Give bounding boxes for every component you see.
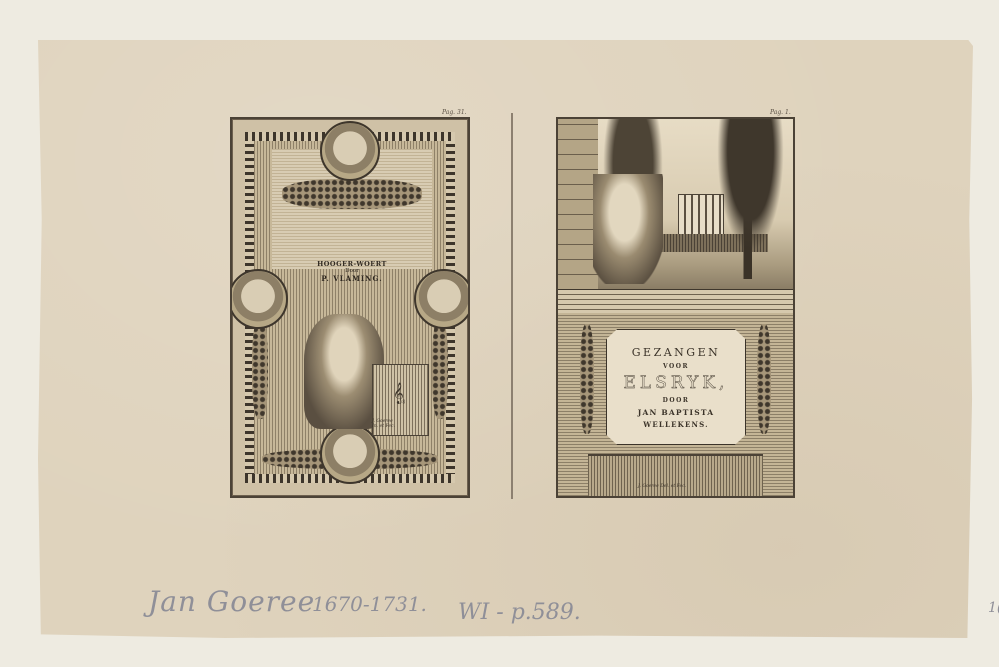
left-page-reference: Pag. 31. bbox=[442, 109, 467, 116]
cartouche-line-6: WELLEKENS. bbox=[643, 420, 708, 429]
seated-shepherd-figure bbox=[593, 174, 663, 284]
signature-line-2: In. et Fec. bbox=[372, 424, 395, 429]
right-tree bbox=[708, 119, 793, 279]
monument-cornice bbox=[558, 289, 793, 314]
right-garland bbox=[432, 319, 448, 419]
right-medallion bbox=[414, 269, 470, 329]
pencil-edge-mark: 1( bbox=[988, 600, 999, 616]
stone-wall bbox=[558, 119, 598, 289]
landscape-scene bbox=[558, 119, 793, 302]
left-garland bbox=[252, 319, 268, 419]
pencil-catalog-reference: WI - p.589. bbox=[458, 600, 581, 625]
right-signature: J. Goeree Del. et Fec. bbox=[638, 484, 686, 489]
right-engraving-plate: GEZANGEN VOOR ELSRYK, DOOR JAN BAPTISTA … bbox=[556, 117, 795, 498]
title-line-1: HOOGER-WOERT bbox=[292, 261, 412, 268]
left-medallion bbox=[230, 269, 288, 329]
left-signature: J. Goeree In. et Fec. bbox=[372, 419, 395, 430]
top-medallion bbox=[320, 121, 380, 181]
right-page-reference: Pag. 1. bbox=[770, 109, 791, 116]
left-hanging-garland bbox=[580, 324, 594, 434]
title-line-3: P. VLAMING. bbox=[292, 275, 412, 283]
title-cartouche: GEZANGEN VOOR ELSRYK, DOOR JAN BAPTISTA … bbox=[606, 329, 746, 445]
bottom-medallion bbox=[320, 424, 380, 484]
monument-plinth bbox=[588, 454, 763, 498]
pencil-artist-name: Jan Goeree bbox=[148, 585, 315, 618]
cartouche-line-1: GEZANGEN bbox=[632, 346, 720, 359]
cartouche-line-2: VOOR bbox=[663, 363, 689, 370]
center-fold-line bbox=[511, 113, 513, 499]
print-sheet bbox=[38, 40, 973, 638]
left-engraving-plate: HOOGER-WOERT Door P. VLAMING. 𝄠 J. Goere… bbox=[230, 117, 470, 498]
cartouche-line-4: DOOR bbox=[663, 397, 690, 404]
pencil-artist-dates: 1670-1731. bbox=[312, 592, 427, 616]
cartouche-line-5: JAN BAPTISTA bbox=[638, 408, 715, 417]
top-floral-swag bbox=[282, 179, 422, 209]
left-title-block: HOOGER-WOERT Door P. VLAMING. bbox=[292, 261, 412, 283]
cartouche-line-3: ELSRYK, bbox=[624, 373, 729, 393]
right-hanging-garland bbox=[757, 324, 771, 434]
lyre-icon: 𝄠 bbox=[393, 383, 405, 404]
